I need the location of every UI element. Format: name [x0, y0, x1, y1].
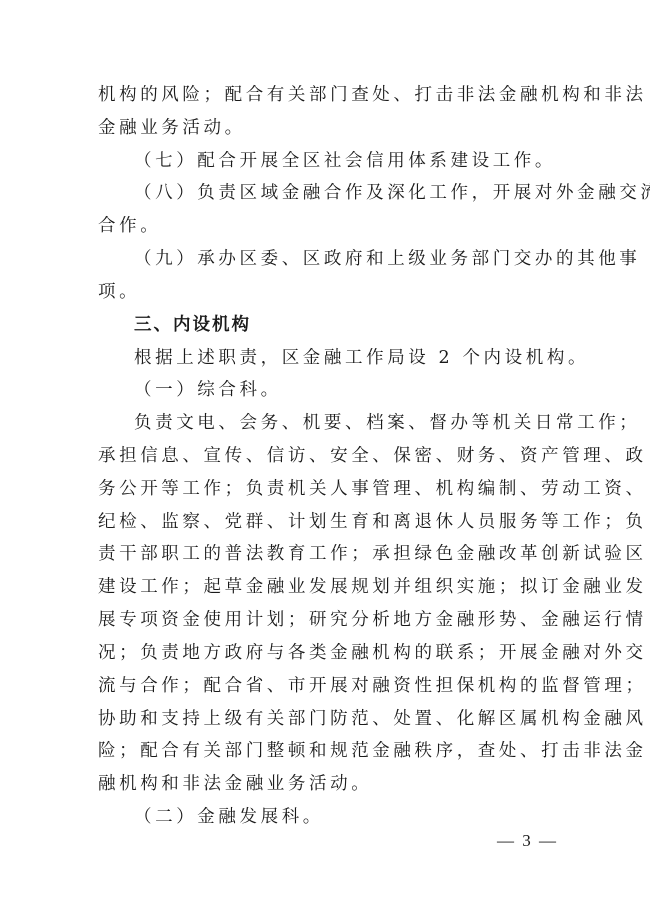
text-line: 根据上述职责，区金融工作局设 2 个内设机构。: [134, 347, 604, 369]
text-line: 融机构和非法金融业务活动。: [98, 773, 568, 795]
text-line: 流与合作；配合省、市开展对融资性担保机构的监督管理；: [98, 675, 568, 697]
text-line: 协助和支持上级有关部门防范、处置、化解区属机构金融风: [98, 708, 568, 730]
text-line: 务公开等工作；负责机关人事管理、机构编制、劳动工资、: [98, 478, 568, 500]
text-line: 责干部职工的普法教育工作；承担绿色金融改革创新试验区: [98, 543, 568, 565]
text-line: （一）综合科。: [134, 379, 604, 401]
text-line: 建设工作；起草金融业发展规划并组织实施；拟订金融业发: [98, 576, 568, 598]
text-line: （八）负责区域金融合作及深化工作，开展对外金融交流与: [134, 182, 604, 204]
text-line: （二）金融发展科。: [134, 806, 604, 828]
text-line: 机构的风险；配合有关部门查处、打击非法金融机构和非法: [98, 84, 568, 106]
text-line: 承担信息、宣传、信访、安全、保密、财务、资产管理、政: [98, 445, 568, 467]
text-line: 险；配合有关部门整顿和规范金融秩序，查处、打击非法金: [98, 740, 568, 762]
text-line: （九）承办区委、区政府和上级业务部门交办的其他事: [134, 248, 604, 270]
text-line: 项。: [98, 281, 568, 303]
text-line: 金融业务活动。: [98, 117, 568, 139]
text-line: 况；负责地方政府与各类金融机构的联系；开展金融对外交: [98, 642, 568, 664]
section-heading: 三、内设机构: [134, 314, 604, 336]
text-line: 纪检、监察、党群、计划生育和离退休人员服务等工作；负: [98, 511, 568, 533]
text-line: 合作。: [98, 215, 568, 237]
page-number: — 3 —: [497, 831, 558, 851]
text-line: 展专项资金使用计划；研究分析地方金融形势、金融运行情: [98, 609, 568, 631]
document-page: 机构的风险；配合有关部门查处、打击非法金融机构和非法金融业务活动。（七）配合开展…: [0, 0, 650, 919]
text-line: （七）配合开展全区社会信用体系建设工作。: [134, 150, 604, 172]
text-line: 负责文电、会务、机要、档案、督办等机关日常工作；: [134, 412, 604, 434]
